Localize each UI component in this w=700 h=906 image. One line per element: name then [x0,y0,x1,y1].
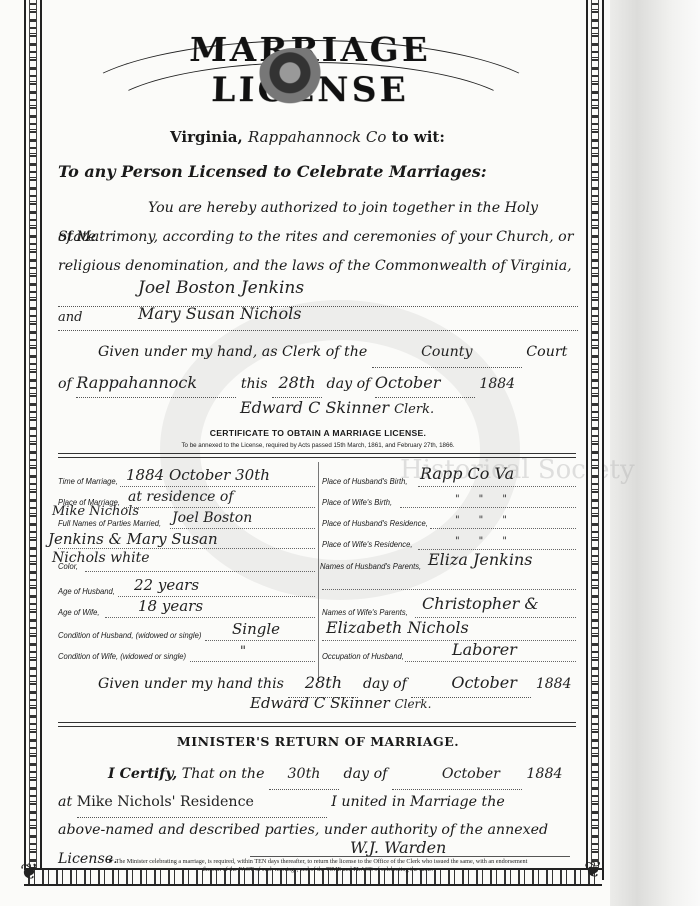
value-full-names-cont: Jenkins & Mary Susan [48,530,218,548]
this-label: this [241,376,268,392]
label-husband-residence: Place of Husband's Residence, [322,518,428,528]
corner-ornament-left-icon: ❦ [20,862,38,884]
value-husband-parents: Eliza Jenkins [428,550,532,569]
given-day-of-label: day of [363,676,407,692]
value-color: Nichols white [52,550,150,566]
marriage-place: Mike Nichols' Residence [77,788,327,818]
line-color [85,571,315,572]
ministers-return-title: MINISTER'S RETURN OF MARRIAGE. [58,734,578,749]
label-occupation-husband: Occupation of Husband, [322,651,404,661]
certificate-rule-top [58,453,576,454]
label-full-names: Full Names of Parties Married, [58,518,161,528]
pointing-hand-icon: ☛ [109,858,116,865]
certificate-title: CERTIFICATE TO OBTAIN A MARRIAGE LICENSE… [58,428,578,438]
value-condition-wife: " [240,644,246,659]
value-time-of-marriage: 1884 October 30th [126,466,270,484]
label-age-husband: Age of Husband, [58,586,115,596]
line-wife-parents-cont [322,640,576,641]
state-label: Virginia, [170,128,243,146]
day-of-label: day of [327,376,371,392]
footnote-line-1: The Minister celebrating a marriage, is … [116,858,528,865]
value-condition-husband: Single [232,620,280,638]
clerk-statement-text: Given under my hand, as Clerk of the [98,344,367,360]
certify-label: I Certify, [108,766,177,782]
line-husband-residence [430,528,576,529]
to-wit-label: to wit: [392,128,445,146]
bride-name: Mary Susan Nichols [138,304,301,323]
certificate-subtitle: To be annexed to the License, required b… [58,442,578,449]
that-on-the-text: That on the [182,766,265,782]
bride-name-line: and Mary Susan Nichols [58,308,578,331]
line-husband-birth [418,486,576,487]
county-handwritten: Rappahannock Co [248,128,386,146]
label-husband-parents: Names of Husband's Parents, [320,561,421,571]
marriage-day: 30th [269,760,339,790]
line-condition-husband [205,640,315,641]
line-husband-parents [322,589,576,590]
greek-key-border-left [24,0,42,880]
label-age-wife: Age of Wife, [58,607,100,617]
line-full-names [170,528,315,529]
marriage-day-of-label: day of [344,766,388,782]
value-husband-birth: Rapp Co Va [420,464,514,483]
line-time-of-marriage [120,486,315,487]
clerk-signature: Edward C Skinner [240,398,389,417]
court-label: Court [526,344,567,360]
salutation: To any Person Licensed to Celebrate Marr… [58,162,487,181]
clerk-county: Rappahannock [76,368,236,398]
clerk-statement-line-2: of Rappahannock this 28th day of October… [58,368,578,399]
court-type: County [372,338,522,368]
value-occupation-husband: Laborer [452,640,517,659]
line-occupation-husband [405,661,576,662]
scan-margin [610,0,700,906]
given-text: Given under my hand this [98,676,284,692]
of-label: of [58,376,72,392]
line-full-names-cont [58,548,315,549]
given-year: 1884 [536,676,572,692]
marriage-year: 1884 [526,766,562,782]
label-time-of-marriage: Time of Marriage, [58,476,118,486]
authorization-line-2: of Matrimony, according to the rites and… [58,223,578,252]
value-wife-parents: Christopher & [422,594,539,613]
greek-key-border-right [586,0,604,880]
value-age-husband: 22 years [134,576,199,594]
certificate-clerk-signature: Edward C Skinner [250,694,390,712]
line-place-of-marriage [124,507,315,508]
label-wife-parents: Names of Wife's Parents, [322,607,408,617]
value-husband-residence: " " " [455,515,507,526]
value-age-wife: 18 years [138,597,203,615]
authorization-line-3: religious denomination, and the laws of … [58,252,578,281]
label-wife-birth: Place of Wife's Birth, [322,497,392,507]
label-condition-wife: Condition of Wife, (widowed or single) [58,651,186,661]
label-condition-husband: Condition of Husband, (widowed or single… [58,630,201,640]
value-wife-birth: " " " [455,494,507,505]
clerk-month: October [375,368,475,398]
marriage-month: October [392,760,522,790]
jurisdiction-line: Virginia, Rappahannock Co to wit: [170,128,445,146]
corner-ornament-right-icon: ❦ [584,860,602,882]
clerk-year: 1884 [479,376,515,392]
certificate-rule-top-2 [58,457,576,458]
clerk-signature-block: Edward C Skinner Clerk. [240,398,434,417]
clerk-title: Clerk. [394,402,434,417]
minister-signature-line [250,856,570,857]
label-husband-birth: Place of Husband's Birth, [322,476,407,486]
cherub-doves-illustration-icon [258,48,338,110]
label-wife-residence: Place of Wife's Residence, [322,539,412,549]
value-place-of-marriage: at residence of [128,489,234,505]
certificate-rule-bottom-2 [58,726,576,727]
groom-name: Joel Boston Jenkins [138,278,304,298]
footnote: ☛ The Minister celebrating a marriage, i… [58,858,578,874]
value-wife-parents-cont: Elizabeth Nichols [326,618,469,637]
value-wife-residence: " " " [455,536,507,547]
certificate-clerk-title: Clerk. [394,697,431,711]
ministers-return-line-1: I Certify, That on the 30th day of Octob… [58,760,578,790]
value-place-of-marriage-cont: Mike Nichols [52,504,139,519]
ministers-return-line-2: at Mike Nichols' Residence I united in M… [58,788,578,818]
certificate-column-divider [318,462,319,682]
minister-signature: W.J. Warden [350,838,446,857]
footnote-line-2: thereon of the FACT of such marriage, an… [203,866,434,873]
and-label: and [58,310,82,325]
groom-name-line: Joel Boston Jenkins [58,284,578,307]
value-full-names: Joel Boston [172,510,252,526]
line-age-wife [105,617,315,618]
line-condition-wife [190,661,315,662]
clerk-day: 28th [272,368,322,398]
certificate-rule-bottom [58,722,576,723]
clerk-statement-line-1: Given under my hand, as Clerk of the Cou… [58,338,578,368]
united-text: I united in Marriage the [331,794,505,810]
line-wife-birth [400,507,576,508]
at-label: at [58,794,72,810]
certificate-clerk-signature-block: Edward C Skinner Clerk. [250,694,431,712]
